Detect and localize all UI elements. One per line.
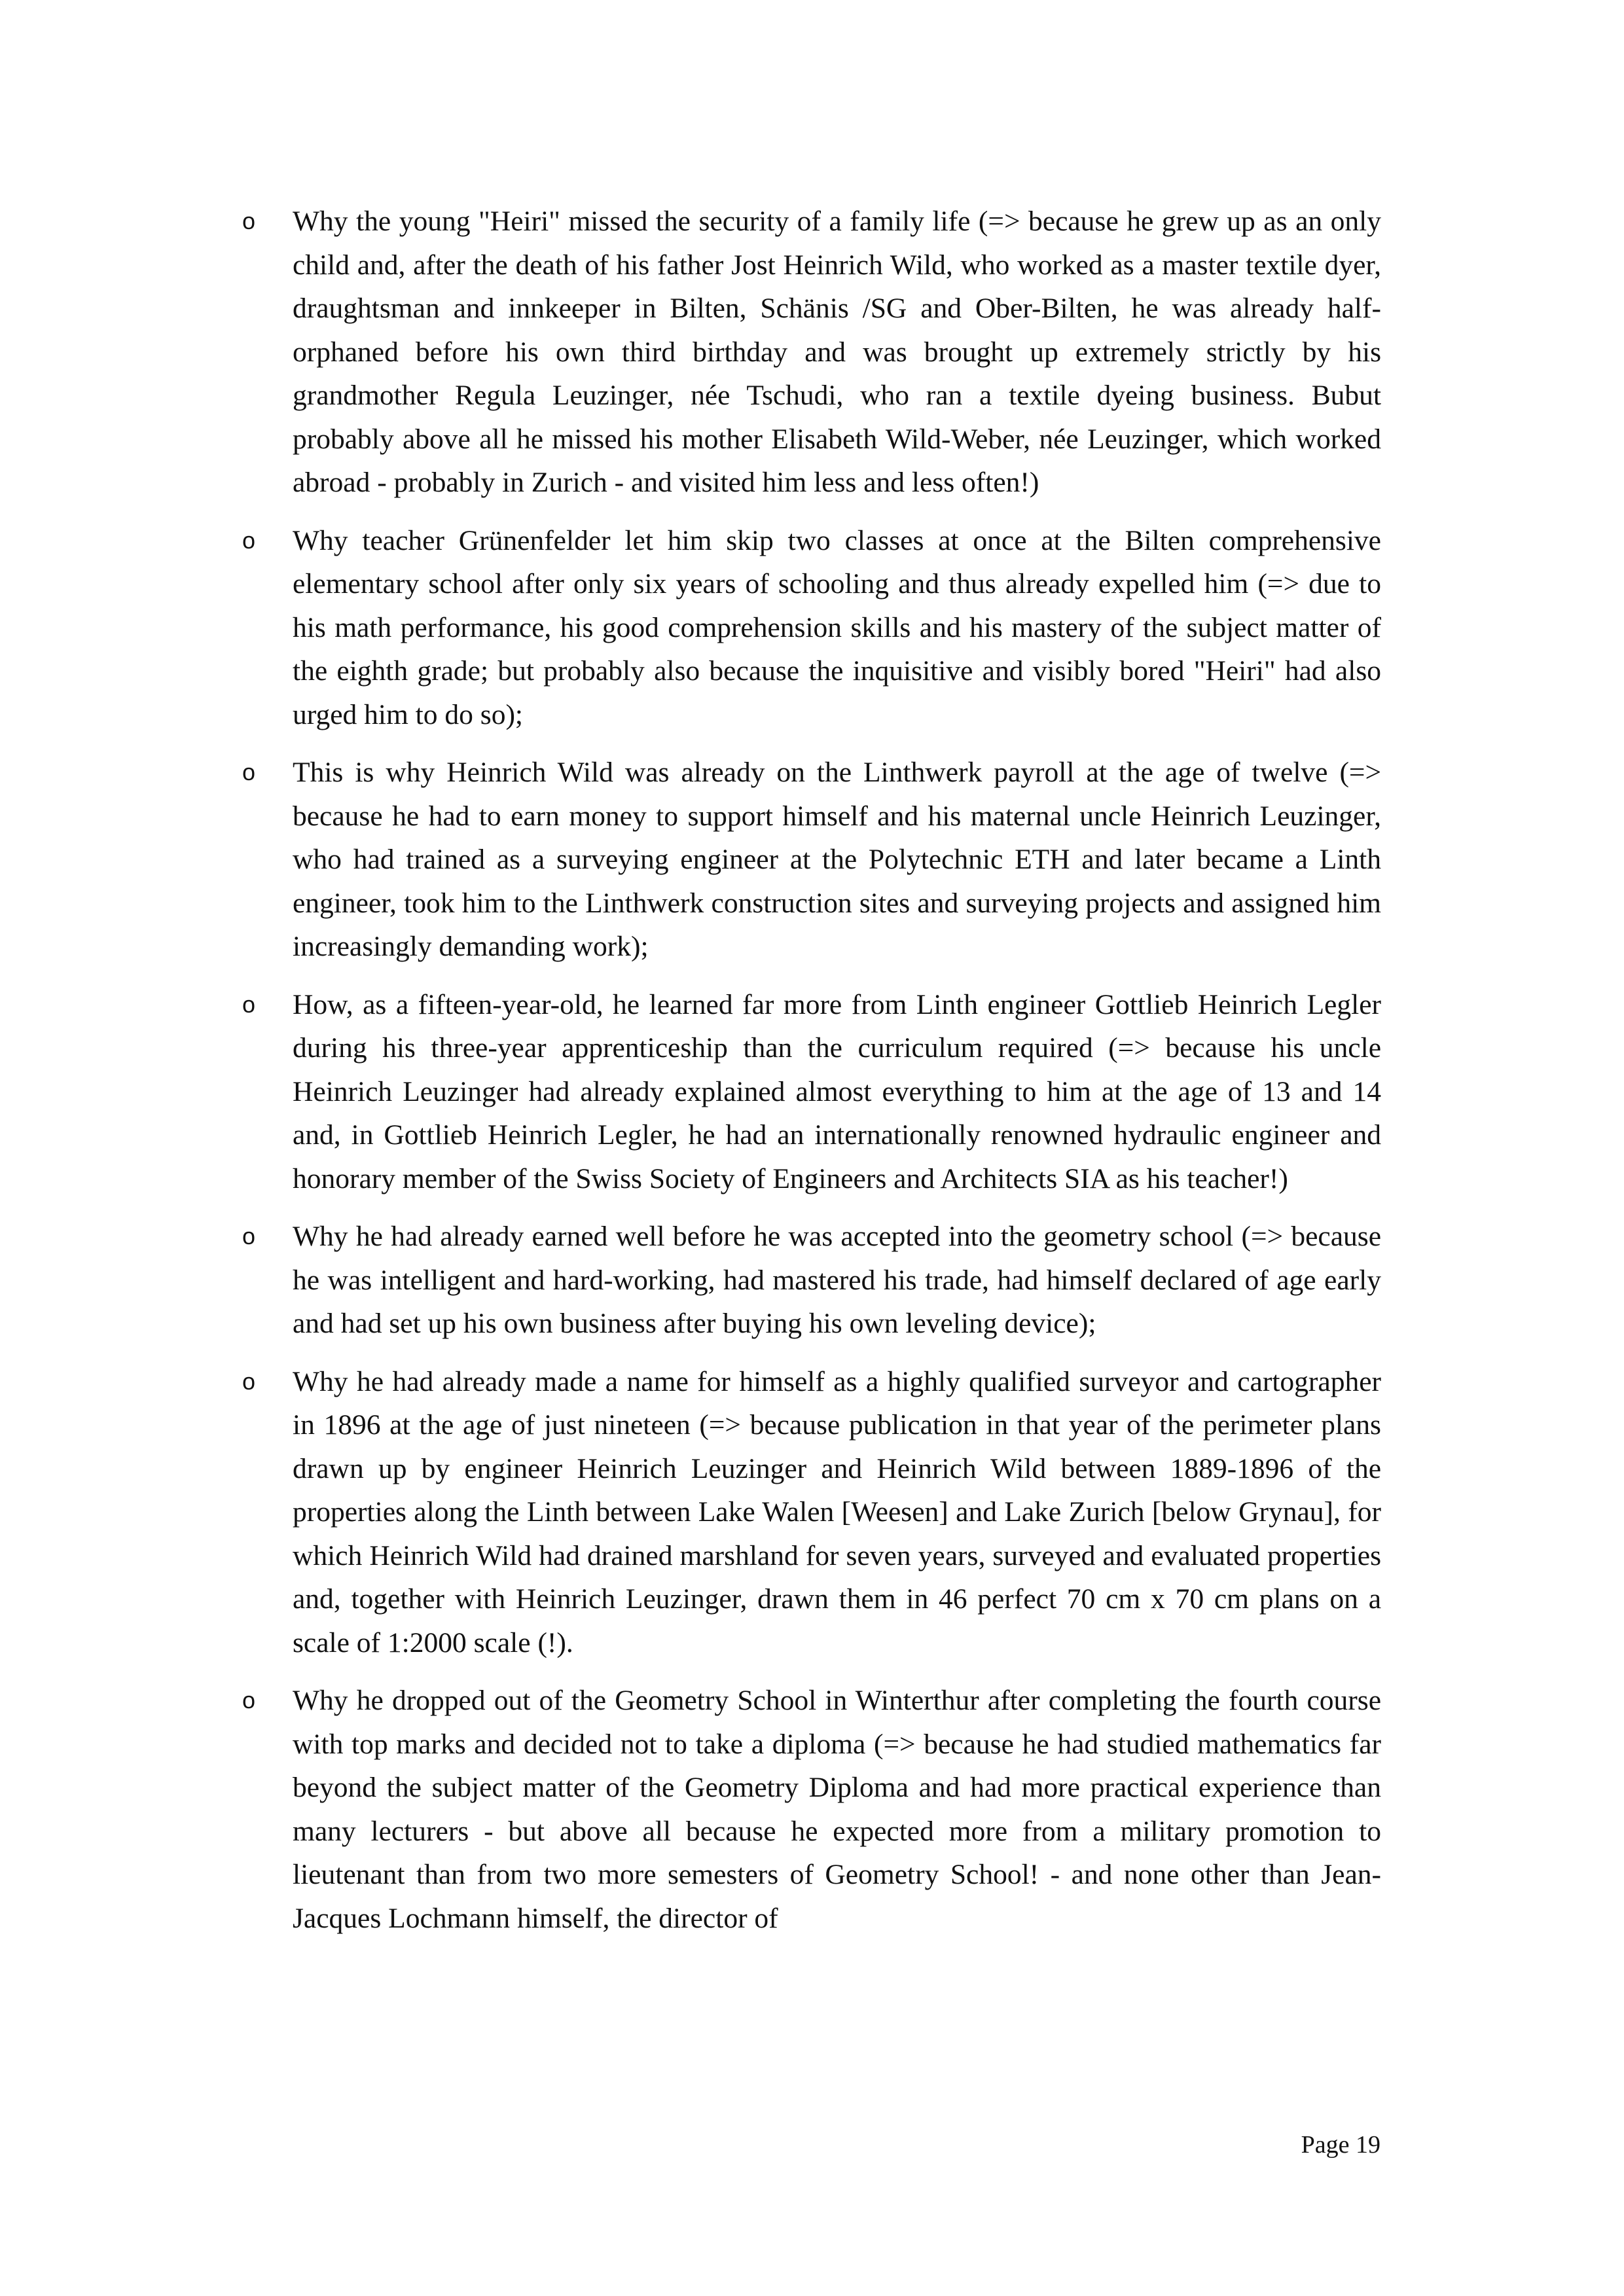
bullet-list: o Why the young "Heiri" missed the secur… <box>242 200 1381 1940</box>
hollow-circle-bullet-icon: o <box>242 200 255 243</box>
list-item: o How, as a fifteen-year-old, he learned… <box>242 983 1381 1201</box>
list-item-text: This is why Heinrich Wild was already on… <box>293 751 1381 969</box>
hollow-circle-bullet-icon: o <box>242 1215 255 1259</box>
hollow-circle-bullet-icon: o <box>242 1360 255 1404</box>
hollow-circle-bullet-icon: o <box>242 1679 255 1723</box>
list-item-text: Why teacher Grünenfelder let him skip tw… <box>293 519 1381 737</box>
page-content: o Why the young "Heiri" missed the secur… <box>242 200 1381 1954</box>
page-number: Page 19 <box>1301 2130 1380 2159</box>
list-item-text: How, as a fifteen-year-old, he learned f… <box>293 983 1381 1201</box>
list-item-text: Why he dropped out of the Geometry Schoo… <box>293 1679 1381 1940</box>
list-item-text: Why the young "Heiri" missed the securit… <box>293 200 1381 505</box>
list-item: o Why the young "Heiri" missed the secur… <box>242 200 1381 505</box>
hollow-circle-bullet-icon: o <box>242 751 255 795</box>
hollow-circle-bullet-icon: o <box>242 519 255 563</box>
list-item-text: Why he had already earned well before he… <box>293 1215 1381 1346</box>
list-item: o Why he had already earned well before … <box>242 1215 1381 1346</box>
document-page: o Why the young "Heiri" missed the secur… <box>0 0 1624 2296</box>
list-item: o Why teacher Grünenfelder let him skip … <box>242 519 1381 737</box>
hollow-circle-bullet-icon: o <box>242 983 255 1027</box>
list-item: o Why he had already made a name for him… <box>242 1360 1381 1665</box>
list-item-text: Why he had already made a name for himse… <box>293 1360 1381 1665</box>
list-item: o This is why Heinrich Wild was already … <box>242 751 1381 969</box>
list-item: o Why he dropped out of the Geometry Sch… <box>242 1679 1381 1940</box>
